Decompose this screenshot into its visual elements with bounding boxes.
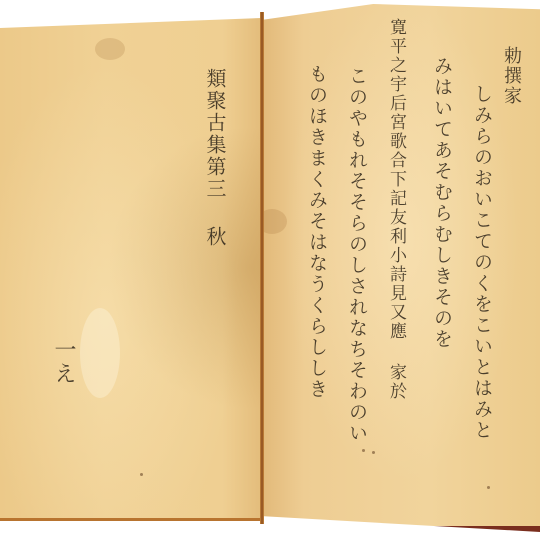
text-column-4: 寛平之宇后宮歌合下記友利小詩見又應 家於	[387, 18, 404, 401]
text-column-3: みはいてあそむらむしきそのを	[432, 56, 451, 350]
fleck	[372, 451, 375, 454]
stain	[262, 209, 287, 234]
stain	[80, 308, 120, 398]
book-spine	[260, 12, 264, 524]
signature: 一え	[52, 338, 74, 386]
title-column: 類聚古集第三 秋	[205, 68, 225, 248]
text-column-1: 勅撰家	[502, 46, 520, 106]
text-column-6: ものほきまくみそはなうくらししき	[307, 64, 326, 400]
fleck	[140, 473, 143, 476]
left-page: 類聚古集第三 秋 一え	[0, 18, 262, 521]
stain	[95, 38, 125, 60]
text-column-2: しみらのおいこてのくをこいとはみと	[472, 84, 491, 441]
manuscript-book: 類聚古集第三 秋 一え 勅撰家 しみらのおいこてのくをこいとはみと みはいてあそ…	[0, 0, 540, 540]
text-column-5: このやもれそそらのしされなちそわのい	[347, 66, 366, 444]
fleck	[487, 486, 490, 489]
right-page: 勅撰家 しみらのおいこてのくをこいとはみと みはいてあそむらむしきそのを 寛平之…	[262, 4, 540, 532]
fleck	[362, 449, 365, 452]
